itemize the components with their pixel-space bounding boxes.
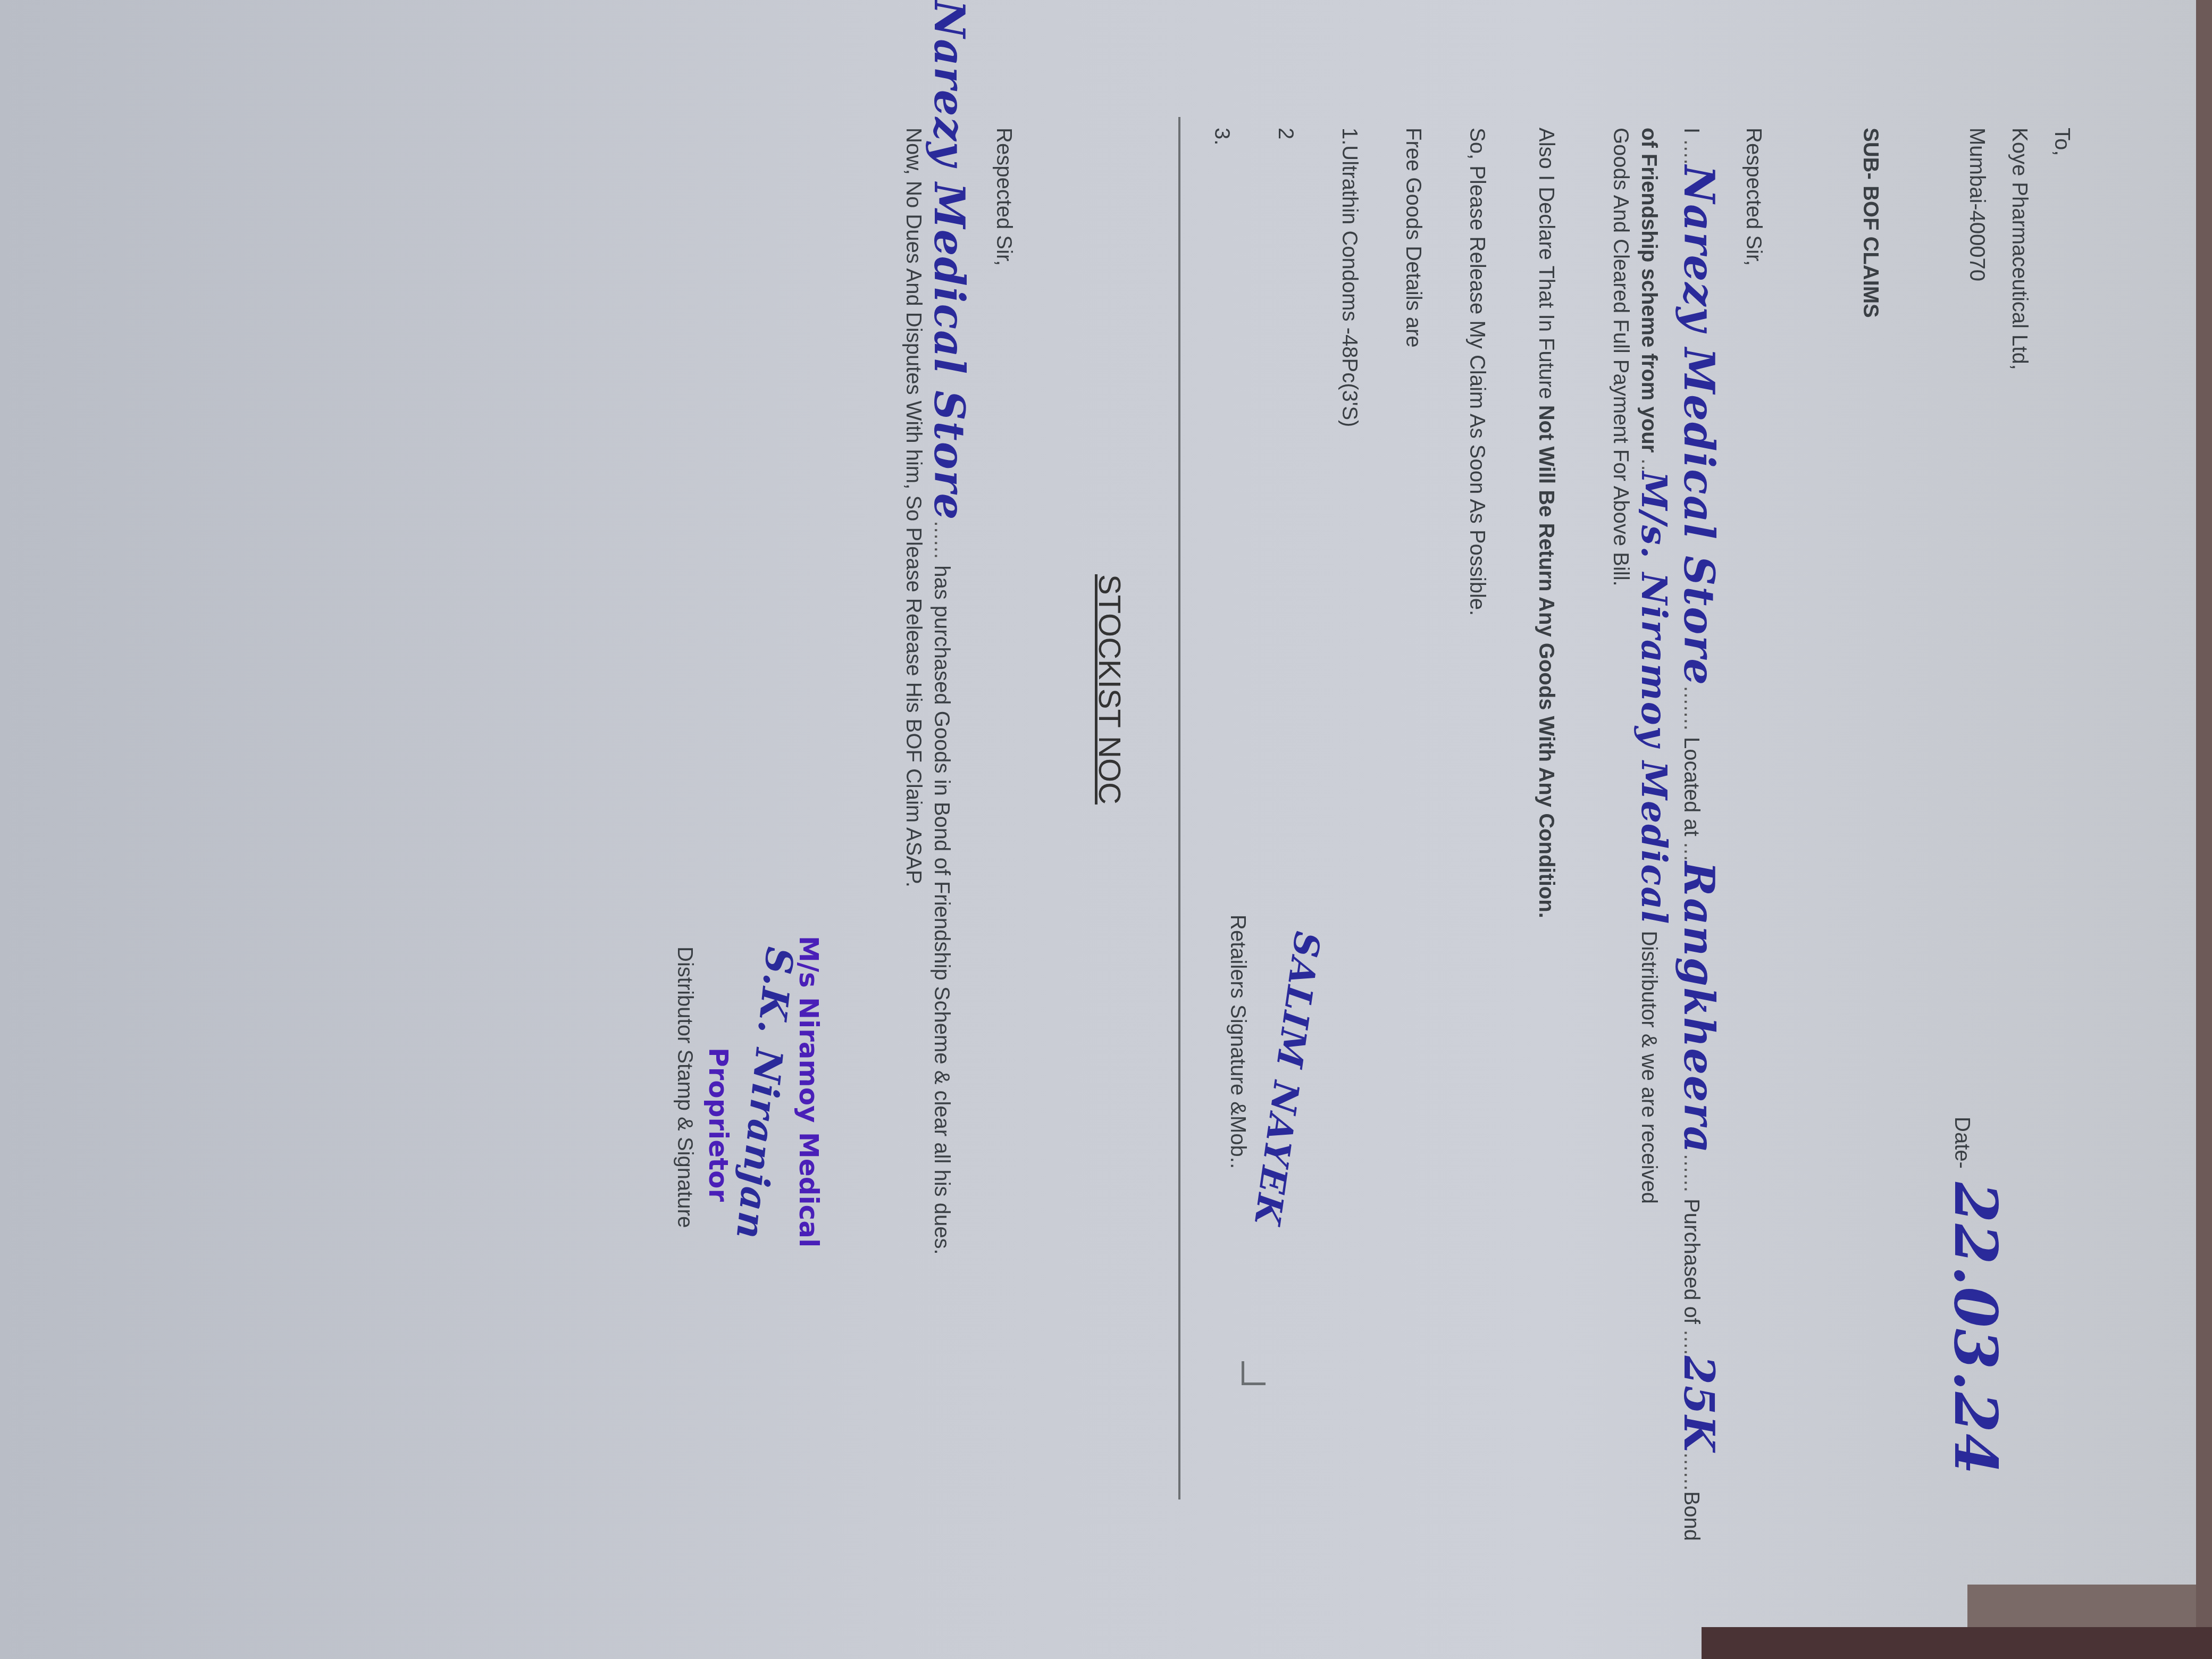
noc-salutation: Respected Sir, <box>992 128 1016 266</box>
date-value: 22.03.24 <box>1941 1182 2010 1476</box>
declaration: Also I Declare That In Future Not Will B… <box>1534 128 1558 918</box>
free-goods-item: 1.Ultrathin Condoms -48Pc(3'S) <box>1337 128 1361 427</box>
addressee: Koye Pharmaceutical Ltd, <box>2007 128 2031 370</box>
retailer-signature-label: Retailers Signature &Mob.. <box>1226 915 1250 1169</box>
para1-line1: I ....Narezy Medical Store....... Locate… <box>1674 128 1723 1541</box>
salutation: Respected Sir, <box>1741 128 1765 266</box>
date-field: Date- 22.03.24 <box>1941 1117 2010 1476</box>
free-goods-heading: Free Goods Details are <box>1401 128 1425 348</box>
distributor-signature: S.K. Niranjan <box>727 945 802 1242</box>
distributor-stamp-label: Distributor Stamp & Signature <box>673 946 697 1228</box>
table-edge <box>2196 0 2212 1659</box>
free-goods-item: 3. <box>1210 128 1234 145</box>
distributor-name-handwritten: M/s. Niramoy Medical <box>1633 472 1675 925</box>
to-label: To, <box>2050 128 2074 156</box>
release-request: So, Please Release My Claim As Soon As P… <box>1465 128 1489 616</box>
amount-handwritten: 25K <box>1674 1355 1723 1452</box>
distributor-stamp-role: Proprietor <box>703 1048 734 1202</box>
para1-line2: of Friendship scheme from your ..M/s. Ni… <box>1633 128 1675 1204</box>
para1-line3: Goods And Cleared Full Payment For Above… <box>1608 128 1632 586</box>
retailer-signature: SALIM NAYEK <box>1246 929 1329 1228</box>
noc-title: STOCKIST NOC <box>1092 574 1127 805</box>
date-label: Date- <box>1950 1117 1974 1169</box>
address-city: Mumbai-400070 <box>1965 128 1989 281</box>
bof-claim-letter: To, Koye Pharmaceutical Ltd, Mumbai-4000… <box>43 0 2169 1659</box>
section-divider <box>1178 117 1180 1499</box>
location-handwritten: Rangkheera <box>1674 861 1723 1154</box>
corner-mark <box>1242 1361 1266 1385</box>
retailer-name-handwritten: Narezy Medical Store <box>1674 165 1723 686</box>
noc-retailer-name-handwritten: Narezy Medical Store <box>925 0 973 521</box>
noc-line1: Narezy Medical Store...... has purchased… <box>925 0 973 1255</box>
noc-line2: Now, No Dues And Disputes With him, So P… <box>901 128 925 887</box>
subject: SUB- BOF CLAIMS <box>1858 128 1882 318</box>
free-goods-item: 2 <box>1273 128 1297 139</box>
